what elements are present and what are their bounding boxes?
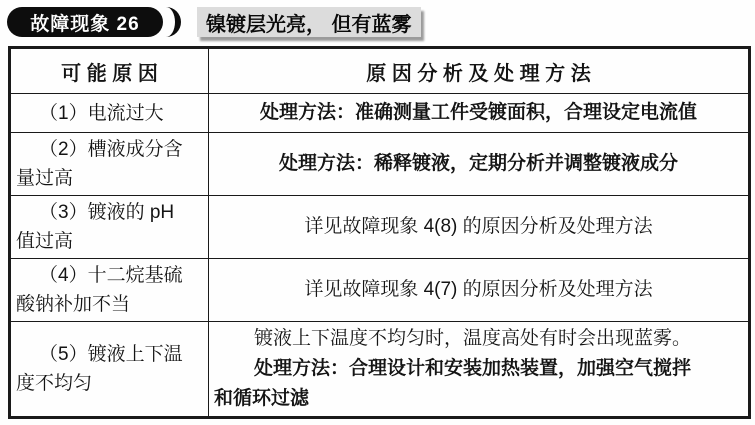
fault-table: 可 能 原 因 原 因 分 析 及 处 理 方 法 （1）电流过大处理方法：准确… — [8, 46, 751, 419]
cause-line: （4）十二烷基硫 — [13, 261, 206, 290]
table-header-row: 可 能 原 因 原 因 分 析 及 处 理 方 法 — [10, 48, 750, 94]
table-body: （1）电流过大处理方法：准确测量工件受镀面积，合理设定电流值（2）槽液成分含量过… — [10, 94, 750, 418]
badge-arc-decoration — [166, 7, 181, 37]
cause-line: 量过高 — [13, 164, 206, 193]
analysis-cell: 详见故障现象 4(8) 的原因分析及处理方法 — [209, 196, 750, 259]
cause-line: （2）槽液成分含 — [13, 135, 206, 164]
table-row: （3）镀液的 pH值过高详见故障现象 4(8) 的原因分析及处理方法 — [10, 196, 750, 259]
table-row: （5）镀液上下温度不均匀镀液上下温度不均匀时，温度高处有时会出现蓝雾。处理方法：… — [10, 322, 750, 418]
cause-cell: （4）十二烷基硫酸钠补加不当 — [10, 259, 209, 322]
cause-line: （5）镀液上下温 — [13, 340, 206, 369]
cause-cell: （3）镀液的 pH值过高 — [10, 196, 209, 259]
column-header-cause: 可 能 原 因 — [10, 48, 209, 94]
analysis-line: 和循环过滤 — [214, 384, 743, 414]
analysis-line: 镀液上下温度不均匀时，温度高处有时会出现蓝雾。 — [214, 324, 743, 354]
analysis-line: 处理方法：稀释镀液，定期分析并调整镀液成分 — [214, 149, 743, 179]
cause-line: （3）镀液的 pH — [13, 198, 206, 227]
cause-cell: （1）电流过大 — [10, 94, 209, 133]
analysis-cell: 处理方法：稀释镀液，定期分析并调整镀液成分 — [209, 133, 750, 196]
table-row: （2）槽液成分含量过高处理方法：稀释镀液，定期分析并调整镀液成分 — [10, 133, 750, 196]
fault-title-box: 镍镀层光亮， 但有蓝雾 — [197, 7, 421, 37]
cause-cell: （2）槽液成分含量过高 — [10, 133, 209, 196]
scanned-page: 故障现象 26 镍镀层光亮， 但有蓝雾 可 能 原 因 原 因 分 析 及 处 … — [0, 0, 755, 425]
fault-title-label: 镍镀层光亮， 但有蓝雾 — [206, 8, 412, 37]
fault-number-label: 故障现象 26 — [30, 9, 139, 36]
cause-line: 酸钠补加不当 — [13, 290, 206, 319]
table-row: （4）十二烷基硫酸钠补加不当详见故障现象 4(7) 的原因分析及处理方法 — [10, 259, 750, 322]
analysis-line: 处理方法：合理设计和安装加热装置，加强空气搅拌 — [214, 354, 743, 384]
analysis-cell: 镀液上下温度不均匀时，温度高处有时会出现蓝雾。处理方法：合理设计和安装加热装置，… — [209, 322, 750, 418]
cause-line: 值过高 — [13, 227, 206, 256]
fault-number-badge: 故障现象 26 — [7, 7, 163, 37]
analysis-line: 详见故障现象 4(7) 的原因分析及处理方法 — [214, 275, 743, 305]
analysis-cell: 详见故障现象 4(7) 的原因分析及处理方法 — [209, 259, 750, 322]
analysis-line: 处理方法：准确测量工件受镀面积，合理设定电流值 — [214, 98, 743, 128]
cause-line: 度不均匀 — [13, 369, 206, 398]
column-header-analysis: 原 因 分 析 及 处 理 方 法 — [209, 48, 750, 94]
fault-header: 故障现象 26 镍镀层光亮， 但有蓝雾 — [7, 5, 421, 39]
analysis-line: 详见故障现象 4(8) 的原因分析及处理方法 — [214, 212, 743, 242]
cause-cell: （5）镀液上下温度不均匀 — [10, 322, 209, 418]
cause-line: （1）电流过大 — [13, 99, 206, 128]
table-row: （1）电流过大处理方法：准确测量工件受镀面积，合理设定电流值 — [10, 94, 750, 133]
analysis-cell: 处理方法：准确测量工件受镀面积，合理设定电流值 — [209, 94, 750, 133]
